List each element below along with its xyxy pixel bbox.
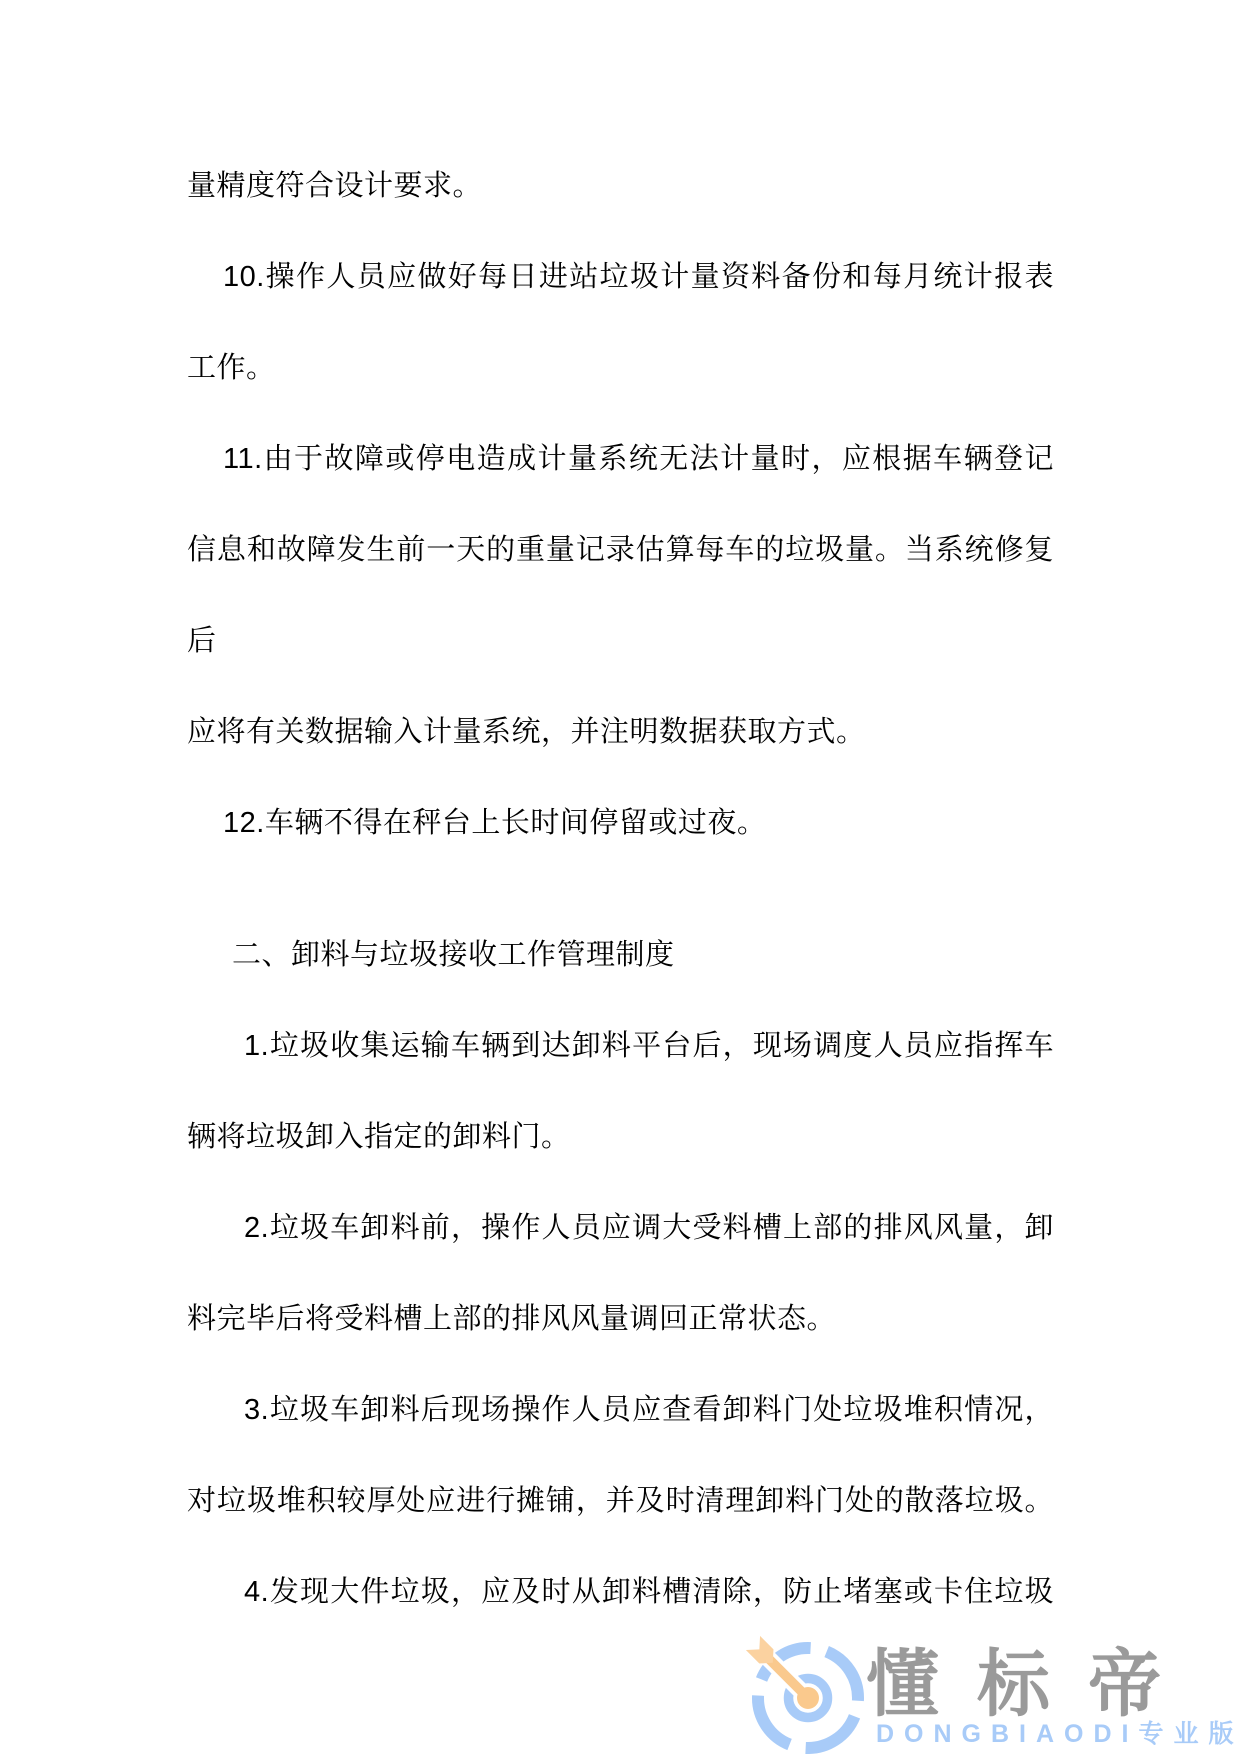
- section-heading: 二、卸料与垃圾接收工作管理制度: [187, 910, 1054, 1001]
- document-line: 3.垃圾车卸料后现场操作人员应查看卸料门处垃圾堆积情况，: [187, 1365, 1054, 1456]
- document-line: 工作。: [187, 323, 1054, 414]
- document-line: 信息和故障发生前一天的重量记录估算每车的垃圾量。当系统修复后: [187, 505, 1054, 687]
- brand-watermark: 懂标帝 DONGBIAODI专业版: [740, 1638, 1241, 1754]
- document-line: 11.由于故障或停电造成计量系统无法计量时，应根据车辆登记: [187, 414, 1054, 505]
- document-line: 应将有关数据输入计量系统，并注明数据获取方式。: [187, 687, 1054, 778]
- brand-edition: 专业版: [1139, 1720, 1241, 1748]
- brand-subtitle: DONGBIAODI专业版: [876, 1722, 1241, 1747]
- document-line: 辆将垃圾卸入指定的卸料门。: [187, 1092, 1054, 1183]
- document-line: 10.操作人员应做好每日进站垃圾计量资料备份和每月统计报表: [187, 232, 1054, 323]
- document-line: 12.车辆不得在秤台上长时间停留或过夜。: [187, 778, 1054, 869]
- document-line: 4.发现大件垃圾，应及时从卸料槽清除，防止堵塞或卡住垃圾: [187, 1547, 1054, 1638]
- document-line: 量精度符合设计要求。: [187, 141, 1054, 232]
- document-line: 2.垃圾车卸料前，操作人员应调大受料槽上部的排风风量，卸: [187, 1183, 1054, 1274]
- document-line: 对垃圾堆积较厚处应进行摊铺，并及时清理卸料门处的散落垃圾。: [187, 1456, 1054, 1547]
- document-body: 量精度符合设计要求。 10.操作人员应做好每日进站垃圾计量资料备份和每月统计报表…: [187, 141, 1054, 1638]
- brand-name-en: DONGBIAODI: [876, 1720, 1139, 1748]
- document-page: 量精度符合设计要求。 10.操作人员应做好每日进站垃圾计量资料备份和每月统计报表…: [0, 0, 1241, 1754]
- target-arrow-icon: [746, 1636, 870, 1754]
- document-line: 1.垃圾收集运输车辆到达卸料平台后，现场调度人员应指挥车: [187, 1001, 1054, 1092]
- document-line: 料完毕后将受料槽上部的排风风量调回正常状态。: [187, 1274, 1054, 1365]
- brand-name-cn: 懂标帝: [866, 1648, 1199, 1721]
